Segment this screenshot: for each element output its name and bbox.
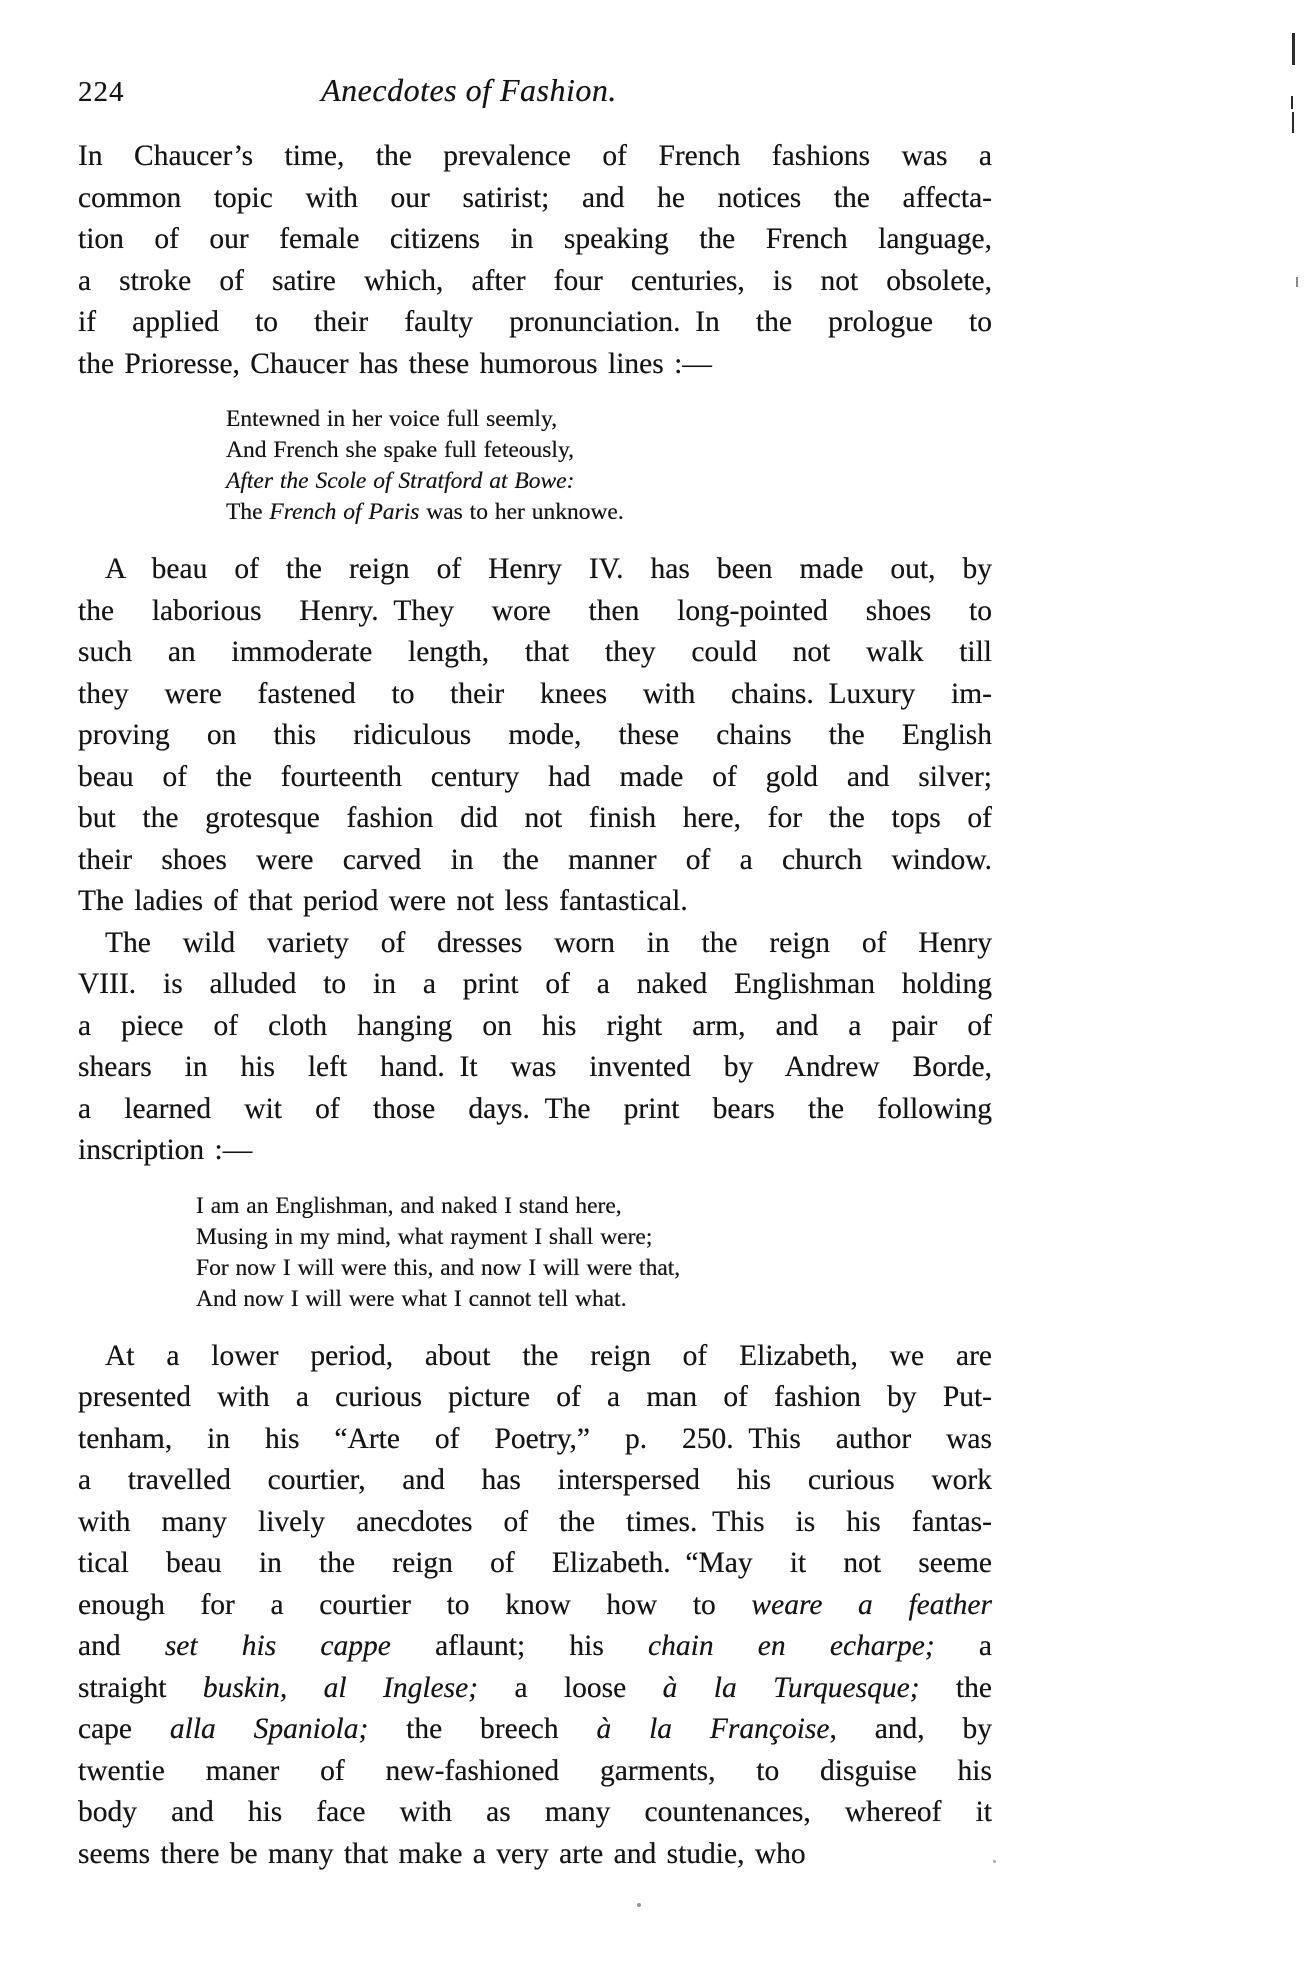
text-segment: tenham, in his “Arte of Poetry,” p. 250.… [78,1423,992,1455]
text-segment: And now I will were what I cannot tell w… [196,1286,627,1312]
text-segment: And French she spake full feteously, [226,437,574,463]
text-segment: A beau of the reign of Henry IV. has bee… [105,553,992,585]
text-line: After the Scole of Stratford at Bowe: [226,466,992,497]
book-page: 224 Anecdotes of Fashion. In Chaucer’s t… [0,0,1316,1983]
text-segment: the laborious Henry. They wore then long… [78,595,992,627]
text-line: if applied to their faulty pronunciation… [78,302,992,344]
scan-artifact-dot [637,1903,641,1907]
text-segment: body and his face with as many countenan… [78,1796,992,1828]
italic-text: set his cappe [165,1630,391,1662]
text-line: with many lively anecdotes of the times.… [78,1502,992,1544]
text-segment: seems there be many that make a very art… [78,1838,806,1870]
running-title: Anecdotes of Fashion. [12,72,926,109]
text-segment: a travelled courtier, and has interspers… [78,1464,992,1496]
italic-text: alla Spaniola; [170,1713,368,1745]
text-line: presented with a curious picture of a ma… [78,1377,992,1419]
verse-block: I am an Englishman, and naked I stand he… [196,1191,992,1315]
text-line: twentie maner of new-fashioned garments,… [78,1751,992,1793]
text-segment: The [226,499,269,525]
text-segment: proving on this ridiculous mode, these c… [78,719,992,751]
text-segment: tical beau in the reign of Elizabeth. “M… [78,1547,992,1579]
text-segment: aflaunt; his [391,1630,648,1662]
text-line: cape alla Spaniola; the breech à la Fran… [78,1709,992,1751]
text-segment: VIII. is alluded to in a print of a nake… [78,968,992,1000]
italic-text: à la Françoise [597,1713,830,1745]
text-line: The wild variety of dresses worn in the … [78,923,992,965]
text-line: In Chaucer’s time, the prevalence of Fre… [78,136,992,178]
text-segment: and [78,1630,165,1662]
text-line: the Prioresse, Chaucer has these humorou… [78,344,992,386]
text-line: a stroke of satire which, after four cen… [78,261,992,303]
text-segment: At a lower period, about the reign of El… [105,1340,992,1372]
text-segment: common topic with our satirist; and he n… [78,182,992,214]
text-segment: they were fastened to their knees with c… [78,678,992,710]
text-line: The ladies of that period were not less … [78,881,992,923]
text-line: And French she spake full feteously, [226,435,992,466]
text-segment: I am an Englishman, and naked I stand he… [196,1193,622,1219]
text-line: body and his face with as many countenan… [78,1792,992,1834]
text-line: The French of Paris was to her unknowe. [226,497,992,528]
italic-text: After the Scole of Stratford at Bowe: [226,468,574,494]
text-segment: inscription :— [78,1134,252,1166]
text-line: their shoes were carved in the manner of… [78,840,992,882]
text-line: such an immoderate length, that they cou… [78,632,992,674]
text-line: tical beau in the reign of Elizabeth. “M… [78,1543,992,1585]
text-column: In Chaucer’s time, the prevalence of Fre… [78,136,992,1875]
paragraph: The wild variety of dresses worn in the … [78,923,992,1172]
text-segment: twentie maner of new-fashioned garments,… [78,1755,992,1787]
text-segment: tion of our female citizens in speaking … [78,223,992,255]
text-segment: beau of the fourteenth century had made … [78,761,992,793]
text-segment: Musing in my mind, what rayment I shall … [196,1224,652,1250]
text-line: straight buskin, al Inglese; a loose à l… [78,1668,992,1710]
text-segment: a learned wit of those days. The print b… [78,1093,992,1125]
text-segment: a loose [478,1672,663,1704]
verse-block: Entewned in her voice full seemly,And Fr… [226,404,992,528]
text-segment: straight [78,1672,203,1704]
text-line: shears in his left hand. It was invented… [78,1047,992,1089]
paragraph: In Chaucer’s time, the prevalence of Fre… [78,136,992,385]
text-line: they were fastened to their knees with c… [78,674,992,716]
text-line: tion of our female citizens in speaking … [78,219,992,261]
italic-text: buskin, al Inglese; [203,1672,478,1704]
text-segment: enough for a courtier to know how to [78,1589,751,1621]
text-segment: the Prioresse, Chaucer has these humorou… [78,348,712,380]
text-line: and set his cappe aflaunt; his chain en … [78,1626,992,1668]
text-segment: with many lively anecdotes of the times.… [78,1506,992,1538]
text-segment: The wild variety of dresses worn in the … [105,927,992,959]
paragraph: A beau of the reign of Henry IV. has bee… [78,549,992,923]
text-line: Musing in my mind, what rayment I shall … [196,1222,992,1253]
text-line: but the grotesque fashion did not finish… [78,798,992,840]
text-segment: such an immoderate length, that they cou… [78,636,992,668]
text-line: inscription :— [78,1130,992,1172]
scan-artifact-tick [1296,277,1298,287]
text-line: common topic with our satirist; and he n… [78,178,992,220]
text-line: the laborious Henry. They wore then long… [78,591,992,633]
text-line: seems there be many that make a very art… [78,1834,992,1876]
text-line: VIII. is alluded to in a print of a nake… [78,964,992,1006]
scan-artifact-dot [993,1860,996,1863]
text-line: For now I will were this, and now I will… [196,1253,992,1284]
text-line: At a lower period, about the reign of El… [78,1336,992,1378]
text-line: I am an Englishman, and naked I stand he… [196,1191,992,1222]
italic-text: à la Turquesque; [663,1672,920,1704]
text-segment: cape [78,1713,170,1745]
text-line: enough for a courtier to know how to wea… [78,1585,992,1627]
scan-artifact-bar [1292,112,1294,133]
text-segment: if applied to their faulty pronunciation… [78,306,992,338]
text-segment: presented with a curious picture of a ma… [78,1381,992,1413]
text-line: a travelled courtier, and has interspers… [78,1460,992,1502]
page-header: 224 Anecdotes of Fashion. [78,72,992,116]
italic-text: French of Paris [269,499,419,525]
italic-text: chain en echarpe; [648,1630,935,1662]
text-segment: a piece of cloth hanging on his right ar… [78,1010,992,1042]
scan-artifact-bar [1291,96,1293,109]
text-line: tenham, in his “Arte of Poetry,” p. 250.… [78,1419,992,1461]
text-segment: Entewned in her voice full seemly, [226,406,557,432]
text-line: a learned wit of those days. The print b… [78,1089,992,1131]
text-segment: shears in his left hand. It was invented… [78,1051,992,1083]
paragraph: At a lower period, about the reign of El… [78,1336,992,1876]
scan-artifact-bar [1292,33,1295,65]
italic-text: weare a feather [751,1589,992,1621]
text-segment: was to her unknowe. [419,499,623,525]
text-segment: a [935,1630,992,1662]
text-line: Entewned in her voice full seemly, [226,404,992,435]
text-line: beau of the fourteenth century had made … [78,757,992,799]
text-segment: the breech [368,1713,596,1745]
text-segment: For now I will were this, and now I will… [196,1255,680,1281]
text-segment: The ladies of that period were not less … [78,885,688,917]
text-segment: a stroke of satire which, after four cen… [78,265,992,297]
text-segment: the [920,1672,992,1704]
text-line: proving on this ridiculous mode, these c… [78,715,992,757]
text-segment: but the grotesque fashion did not finish… [78,802,992,834]
text-segment: In Chaucer’s time, the prevalence of Fre… [78,140,992,172]
text-line: And now I will were what I cannot tell w… [196,1284,992,1315]
text-segment: , and, by [830,1713,993,1745]
text-segment: their shoes were carved in the manner of… [78,844,992,876]
text-line: A beau of the reign of Henry IV. has bee… [78,549,992,591]
text-line: a piece of cloth hanging on his right ar… [78,1006,992,1048]
